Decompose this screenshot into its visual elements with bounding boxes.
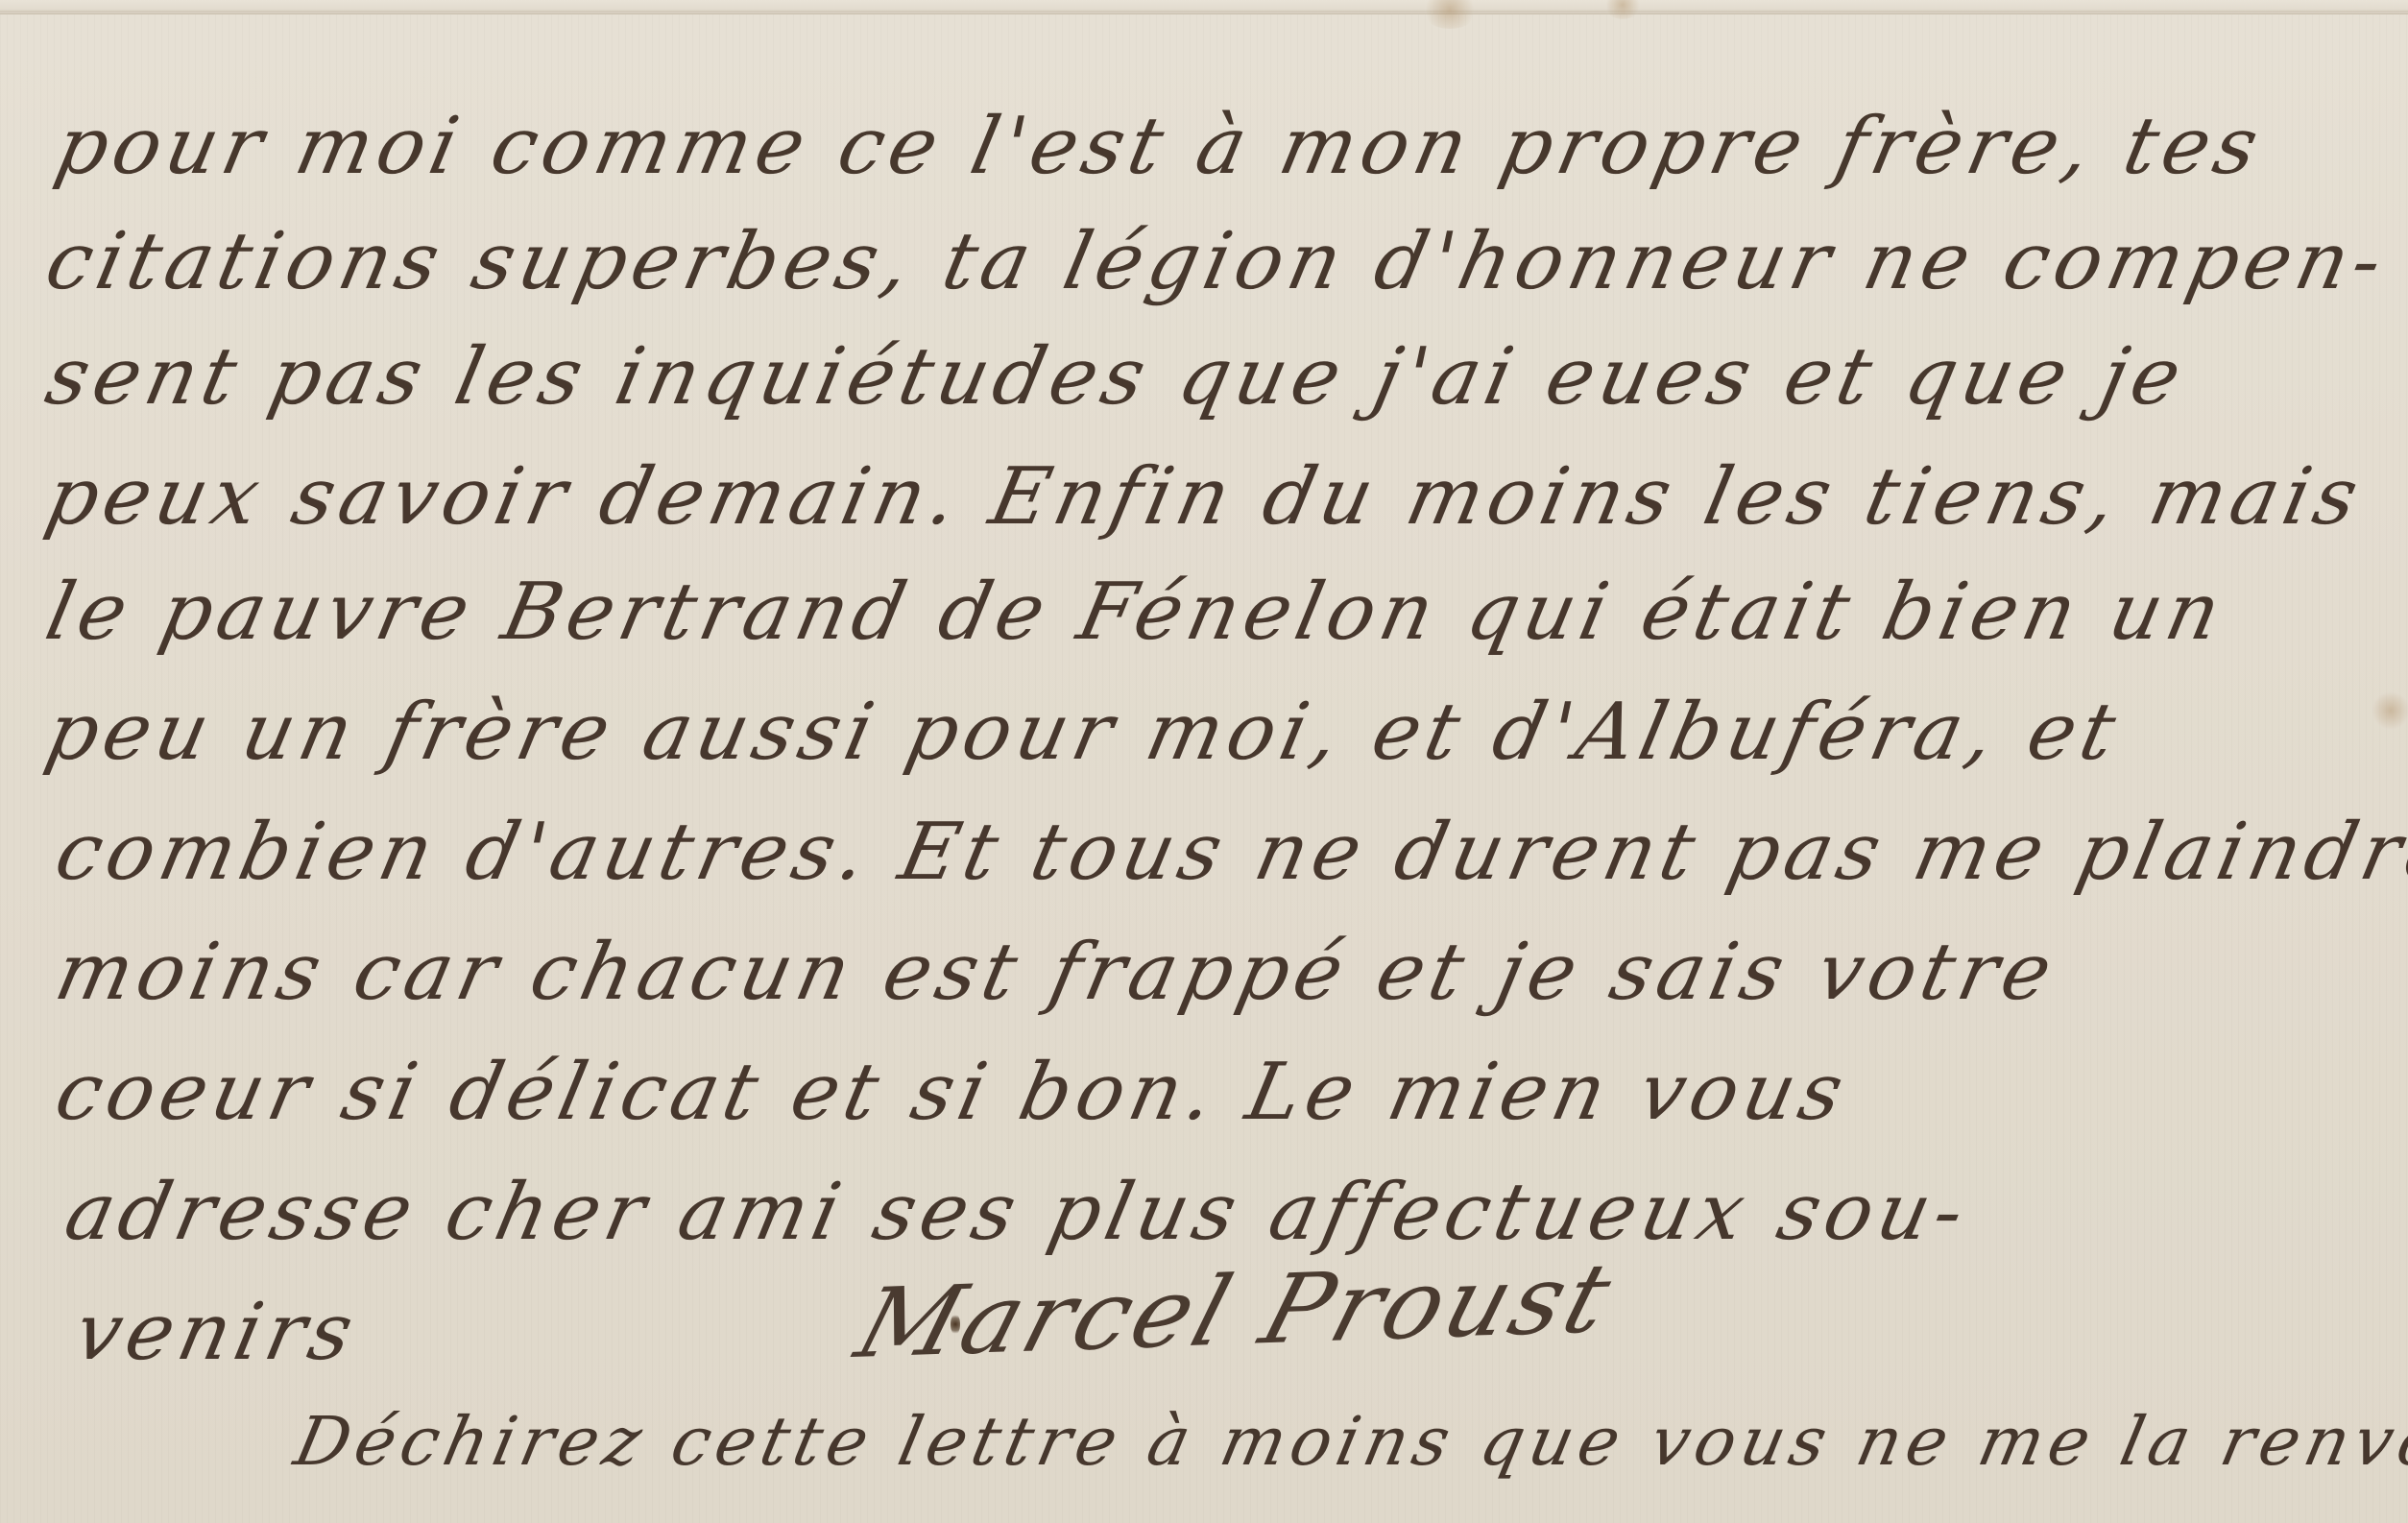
letter-line-6: peu un frère aussi pour moi, et d'Albufé… xyxy=(38,687,2129,778)
letter-line-4: peux savoir demain. Enfin du moins les t… xyxy=(38,451,2372,543)
letter-line-8: moins car chacun est frappé et je sais v… xyxy=(48,927,2065,1018)
foxing-stain xyxy=(1603,0,1642,19)
letter-line-2: citations superbes, ta légion d'honneur … xyxy=(38,216,2396,307)
paper-top-edge xyxy=(0,0,2408,14)
letter-line-11: venirs xyxy=(67,1287,366,1378)
letter-paper: pour moi comme ce l'est à mon propre frè… xyxy=(0,0,2408,1523)
postscript: Déchirez cette lettre à moins que vous n… xyxy=(288,1402,2408,1481)
foxing-stain xyxy=(2372,691,2408,730)
letter-line-7: combien d'autres. Et tous ne durent pas … xyxy=(48,807,2408,898)
signature: Marcel Proust xyxy=(845,1242,1626,1380)
letter-line-3: sent pas les inquiétudes que j'ai eues e… xyxy=(38,331,2195,423)
foxing-stain xyxy=(1421,0,1479,29)
letter-line-10: adresse cher ami ses plus affectueux sou… xyxy=(58,1167,1977,1258)
letter-line-9: coeur si délicat et si bon. Le mien vous xyxy=(48,1047,1857,1138)
letter-line-5: le pauvre Bertrand de Fénelon qui était … xyxy=(38,567,2233,658)
letter-line-1: pour moi comme ce l'est à mon propre frè… xyxy=(48,101,2272,192)
